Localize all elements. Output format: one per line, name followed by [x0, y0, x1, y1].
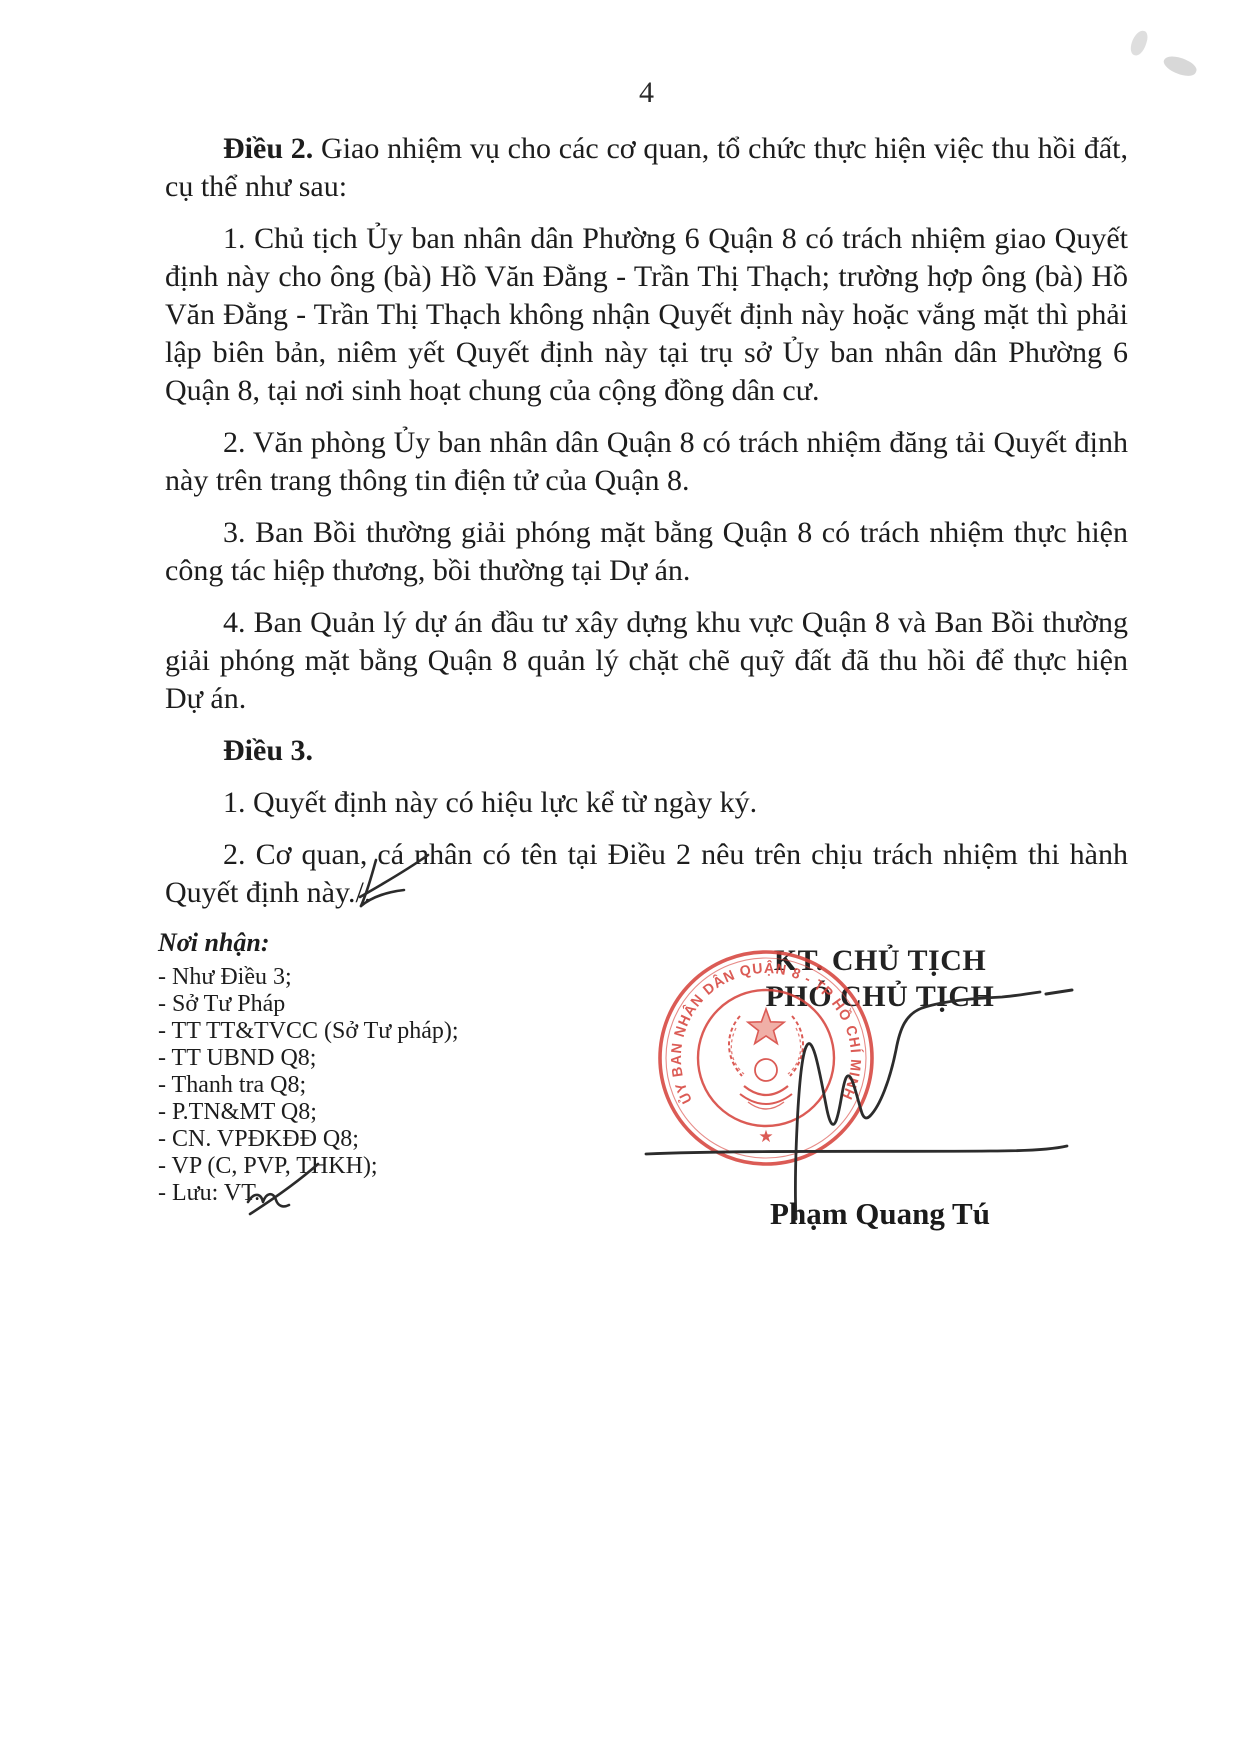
stamp-and-signature: ỦY BAN NHÂN DÂN QUẬN 8 - TP HỒ CHÍ MINH …	[550, 910, 1130, 1240]
recipient-item: - VP (C, PVP, THKH);	[158, 1153, 578, 1180]
page-number: 4	[165, 76, 1128, 110]
recipient-item: - P.TN&MT Q8;	[158, 1099, 578, 1126]
recipient-item: - Sở Tư Pháp	[158, 991, 578, 1018]
stamp-bottom-star: ★	[758, 1127, 773, 1146]
recipient-item: - Như Điều 3;	[158, 964, 578, 991]
paragraph-text: 1. Chủ tịch Ủy ban nhân dân Phường 6 Quậ…	[165, 222, 1128, 407]
paragraph-item-4: 4. Ban Quản lý dự án đầu tư xây dựng khu…	[165, 604, 1128, 718]
paragraph-item-2: 2. Văn phòng Ủy ban nhân dân Quận 8 có t…	[165, 424, 1128, 500]
scan-smudge	[1128, 28, 1149, 57]
paragraph-text: 3. Ban Bồi thường giải phóng mặt bằng Qu…	[165, 516, 1128, 587]
paragraph-text: 2. Văn phòng Ủy ban nhân dân Quận 8 có t…	[165, 426, 1128, 497]
paragraph-item-1: 1. Chủ tịch Ủy ban nhân dân Phường 6 Quậ…	[165, 220, 1128, 410]
paragraph-item-5: 1. Quyết định này có hiệu lực kể từ ngày…	[165, 784, 1128, 822]
recipient-item: - TT TT&TVCC (Sở Tư pháp);	[158, 1018, 578, 1045]
document-body: Điều 2. Giao nhiệm vụ cho các cơ quan, t…	[165, 130, 1128, 926]
document-page: 4 Điều 2. Giao nhiệm vụ cho các cơ quan,…	[0, 0, 1240, 1754]
signer-name: Phạm Quang Tú	[700, 1196, 1060, 1232]
recipients-block: Nơi nhận: - Như Điều 3; - Sở Tư Pháp - T…	[158, 928, 578, 1207]
handwritten-paraph-mark	[238, 1160, 323, 1220]
official-red-stamp: ỦY BAN NHÂN DÂN QUẬN 8 - TP HỒ CHÍ MINH …	[660, 952, 872, 1164]
recipient-item: - CN. VPĐKĐĐ Q8;	[158, 1126, 578, 1153]
paragraph-text: 2. Cơ quan, cá nhân có tên tại Điều 2 nê…	[165, 838, 1128, 909]
paragraph-item-3: 3. Ban Bồi thường giải phóng mặt bằng Qu…	[165, 514, 1128, 590]
recipient-item: - Thanh tra Q8;	[158, 1072, 578, 1099]
recipients-header: Nơi nhận:	[158, 928, 578, 958]
handwritten-paraph-mark	[340, 848, 435, 913]
signature-ink	[646, 990, 1072, 1219]
paragraph-text: 1. Quyết định này có hiệu lực kể từ ngày…	[223, 786, 757, 819]
paragraph-dieu-3: Điều 3.	[165, 732, 1128, 770]
article-label: Điều 3.	[223, 734, 313, 767]
article-label: Điều 2.	[223, 132, 313, 165]
paragraph-text: 4. Ban Quản lý dự án đầu tư xây dựng khu…	[165, 606, 1128, 715]
paragraph-dieu-2: Điều 2. Giao nhiệm vụ cho các cơ quan, t…	[165, 130, 1128, 206]
emblem-star	[748, 1009, 784, 1044]
paragraph-item-6: 2. Cơ quan, cá nhân có tên tại Điều 2 nê…	[165, 836, 1128, 912]
recipient-item: - Lưu: VT.	[158, 1180, 578, 1207]
scan-smudge	[1161, 52, 1199, 80]
recipient-item: - TT UBND Q8;	[158, 1045, 578, 1072]
